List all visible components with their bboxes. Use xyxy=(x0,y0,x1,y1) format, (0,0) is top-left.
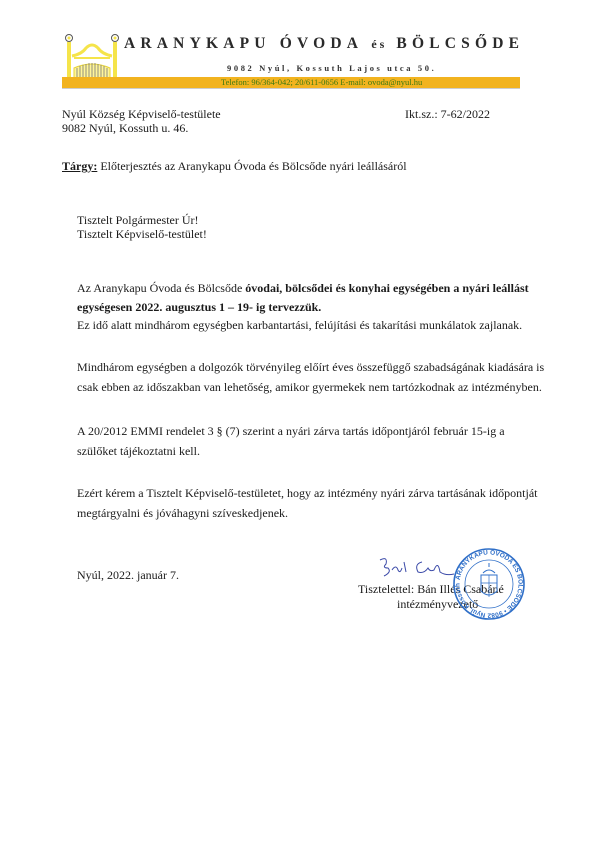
institution-address: 9082 Nyúl, Kossuth Lajos utca 50. xyxy=(227,63,436,73)
official-round-stamp-icon: ARANYKAPU ÓVODA ÉS BÖLCSŐDE • 9082 Nyúl,… xyxy=(452,547,526,621)
letterhead-divider xyxy=(62,88,520,89)
paragraph-4-line-2: megtárgyalni és jóváhagyni szíveskedjene… xyxy=(77,506,288,520)
paragraph-1-line-1: Az Aranykapu Óvoda és Bölcsőde óvodai, b… xyxy=(77,281,529,295)
reference-number: Ikt.sz.: 7-62/2022 xyxy=(405,107,490,121)
salutation-council: Tisztelt Képviselő-testület! xyxy=(77,227,207,241)
handwritten-signature-icon xyxy=(376,554,456,582)
salutation-mayor: Tisztelt Polgármester Úr! xyxy=(77,213,199,227)
paragraph-2-line-1: Mindhárom egységben a dolgozók törvényil… xyxy=(77,360,544,374)
paragraph-4-line-1: Ezért kérem a Tisztelt Képviselő-testüle… xyxy=(77,486,538,500)
institution-contact: Telefon: 96/364-042; 20/611-0656 E-mail:… xyxy=(221,77,422,88)
recipient-address: 9082 Nyúl, Kossuth u. 46. xyxy=(62,121,188,135)
paragraph-3-line-1: A 20/2012 EMMI rendelet 3 § (7) szerint … xyxy=(77,424,505,438)
institution-name: ARANYKAPU ÓVODA és BÖLCSŐDE xyxy=(124,35,524,53)
paragraph-1-line-2: egységesen 2022. augusztus 1 – 19- ig te… xyxy=(77,300,321,314)
subject-label: Tárgy: xyxy=(62,159,97,173)
subject-line: Tárgy: Előterjesztés az Aranykapu Óvoda … xyxy=(62,159,407,173)
recipient-name: Nyúl Község Képviselő-testülete xyxy=(62,107,221,121)
place-and-date: Nyúl, 2022. január 7. xyxy=(77,568,179,582)
paragraph-3-line-2: szülőket tájékoztatni kell. xyxy=(77,444,200,458)
subject-text: Előterjesztés az Aranykapu Óvoda és Bölc… xyxy=(97,159,406,173)
paragraph-2-line-2: csak ebben az időszakban van lehetőség, … xyxy=(77,380,542,394)
paragraph-1-line-3: Ez idő alatt mindhárom egységben karbant… xyxy=(77,318,522,332)
